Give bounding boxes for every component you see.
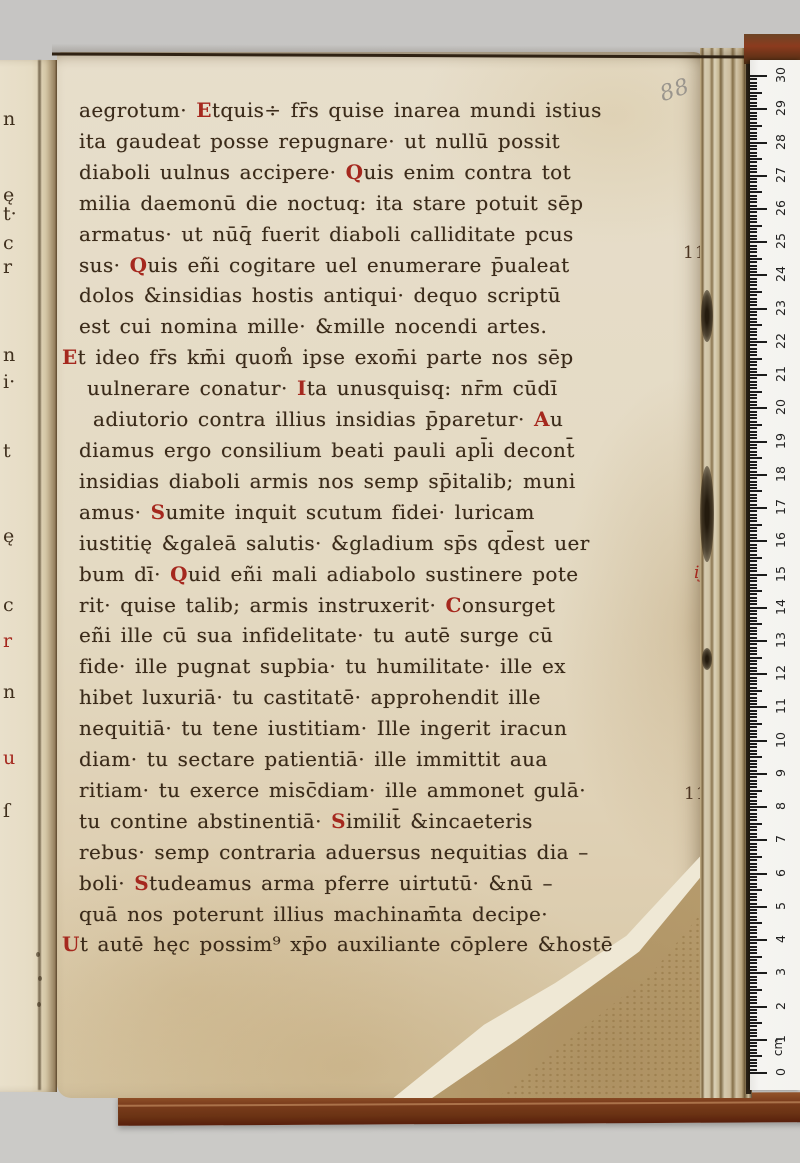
rubric-initial: E [196, 98, 212, 122]
ruler-mm-tick [750, 1055, 762, 1057]
text-segment: onsurget [462, 593, 556, 617]
ruler-mm-tick [750, 1009, 757, 1011]
ruler-mm-tick [750, 660, 757, 662]
ruler-number: 14 [772, 595, 788, 619]
ruler-number: 28 [772, 130, 788, 154]
ruler-mm-tick [750, 434, 757, 436]
facing-line-fragment: u [3, 747, 15, 769]
ruler-mm-tick [750, 786, 757, 788]
ruler-mm-tick [750, 221, 757, 223]
ruler-mm-tick [750, 929, 757, 931]
ruler-number: 24 [772, 262, 788, 286]
gutter-shadow [38, 60, 41, 1090]
ruler-mm-tick [750, 620, 757, 622]
ruler-mm-tick [750, 946, 757, 948]
ruler-mm-tick [750, 1035, 757, 1037]
ruler-mm-tick [750, 138, 757, 140]
text-line: amus· Sumite inquit scutum fidei· lurica… [79, 497, 654, 528]
text-line: nequitiā· tu tene iustitiam· Ille ingeri… [79, 713, 654, 744]
text-segment: milia daemonū die noctuq: ita stare potu… [79, 191, 584, 215]
ruler-number: 15 [772, 562, 788, 586]
ruler-mm-tick [750, 1069, 757, 1071]
ruler-mm-tick [750, 411, 757, 413]
ruler-mm-tick [750, 477, 757, 479]
ruler-mm-tick [750, 942, 757, 944]
ruler-mm-tick [750, 743, 757, 745]
ruler-mm-tick [750, 753, 757, 755]
ruler-mm-tick [750, 992, 757, 994]
ruler-mm-tick [750, 813, 757, 815]
ruler-cm-tick [750, 507, 767, 509]
ruler-mm-tick [750, 966, 757, 968]
ruler-mm-tick [750, 228, 757, 230]
ruler-number: 23 [772, 296, 788, 320]
ruler-mm-tick [750, 231, 757, 233]
text-segment: ta unusquisq: nr̄m cūdī [307, 376, 558, 400]
ruler-mm-tick [750, 869, 757, 871]
ruler-mm-tick [750, 547, 757, 549]
ruler-mm-tick [750, 444, 757, 446]
text-segment: uis enim contra tot [363, 160, 571, 184]
ruler-mm-tick [750, 730, 757, 732]
text-segment: quā nos poterunt illius machinam̄ta deci… [79, 902, 548, 926]
ruler-mm-tick [750, 1022, 762, 1024]
ruler-mm-tick [750, 766, 757, 768]
ruler-cm-tick [750, 1006, 767, 1008]
ruler-mm-tick [750, 763, 757, 765]
ruler-mm-tick [750, 112, 757, 114]
ruler-cm-tick [750, 939, 767, 941]
ruler-number: 18 [772, 462, 788, 486]
ruler-mm-tick [750, 630, 757, 632]
ruler-mm-tick [750, 255, 757, 257]
facing-line-fragment: n [3, 344, 15, 366]
rubric-initial: I [297, 376, 307, 400]
rubric-initial: Q [170, 562, 188, 586]
ruler-mm-tick [750, 457, 762, 459]
ruler-mm-tick [750, 135, 757, 137]
ruler-mm-tick [750, 205, 757, 207]
ruler-mm-tick [750, 98, 757, 100]
ruler-mm-tick [750, 424, 762, 426]
ruler-mm-tick [750, 726, 757, 728]
ruler-mm-tick [750, 823, 762, 825]
ruler-mm-tick [750, 979, 757, 981]
text-segment: imilit̄ &incaeteris [346, 809, 533, 833]
ruler-number: 5 [772, 894, 788, 918]
ruler-mm-tick [750, 893, 757, 895]
text-segment: uis eñi cogitare uel enumerare p̄ualeat [147, 253, 569, 277]
ruler-number: 20 [772, 395, 788, 419]
text-segment: umite inquit scutum fidei· luricam [166, 500, 535, 524]
ruler-mm-tick [750, 683, 757, 685]
ruler-mm-tick [750, 514, 757, 516]
ruler-mm-tick [750, 215, 757, 217]
facing-line-fragment: c [3, 232, 14, 254]
ruler-cm-tick [750, 274, 767, 276]
ruler-mm-tick [750, 819, 757, 821]
ruler-mm-tick [750, 746, 757, 748]
ruler-mm-tick [750, 949, 757, 951]
ruler-mm-tick [750, 368, 757, 370]
text-segment: eñi ille cū sua infidelitate· tu autē su… [79, 623, 553, 647]
ruler-mm-tick [750, 926, 757, 928]
text-segment: est cui nomina mille· &mille nocendi art… [79, 314, 547, 338]
ruler-number: 27 [772, 163, 788, 187]
ruler-mm-tick [750, 394, 757, 396]
ruler-mm-tick [750, 600, 757, 602]
text-segment: hibet luxuriā· tu castitatē· approhendit… [79, 685, 541, 709]
text-line: armatus· ut nūq̄ fuerit diaboli callidit… [79, 219, 654, 250]
text-line: Et ideo fr̄s km̄i quom̊ ipse exom̄i part… [62, 342, 654, 373]
ruler-cm-tick [750, 540, 767, 542]
sewing-hole [36, 952, 40, 957]
ruler-mm-tick [750, 580, 757, 582]
ruler-mm-tick [750, 796, 757, 798]
ruler-mm-tick [750, 760, 757, 762]
text-segment: armatus· ut nūq̄ fuerit diaboli callidit… [79, 222, 574, 246]
ruler-mm-tick [750, 78, 757, 80]
text-segment: uulnerare conatur· [87, 376, 297, 400]
ruler-mm-tick [750, 703, 757, 705]
ruler-mm-tick [750, 952, 757, 954]
ruler-mm-tick [750, 490, 762, 492]
ruler-mm-tick [750, 235, 757, 237]
ruler-mm-tick [750, 567, 757, 569]
ruler-mm-tick [750, 776, 757, 778]
ruler-mm-tick [750, 132, 757, 134]
ruler-mm-tick [750, 334, 757, 336]
ruler-mm-tick [750, 414, 757, 416]
ruler-mm-tick [750, 667, 757, 669]
ruler-mm-tick [750, 122, 757, 124]
ruler-mm-tick [750, 431, 757, 433]
ruler-cm-tick [750, 740, 767, 742]
ruler-mm-tick [750, 95, 757, 97]
facing-line-fragment: r [3, 256, 12, 278]
facing-line-fragment: n [3, 108, 15, 130]
ruler-mm-tick [750, 962, 757, 964]
text-segment: nequitiā· tu tene iustitiam· Ille ingeri… [79, 716, 567, 740]
rubric-initial: Q [130, 253, 148, 277]
ruler-mm-tick [750, 168, 757, 170]
text-line: Ut autē hęc possim⁹ xp̄o auxiliante cōpl… [62, 929, 654, 960]
ruler-mm-tick [750, 756, 762, 758]
text-line: aegrotum· Etquis÷ fr̄s quise inarea mund… [79, 95, 654, 126]
ruler-mm-tick [750, 836, 757, 838]
ruler-mm-tick [750, 826, 757, 828]
ruler-cm-tick [750, 407, 767, 409]
ruler-number: 0 [772, 1060, 788, 1084]
ruler-mm-tick [750, 859, 757, 861]
ruler-mm-tick [750, 982, 757, 984]
fore-edge-stain [701, 290, 713, 342]
facing-line-fragment: r [3, 630, 12, 652]
ruler-mm-tick [750, 716, 757, 718]
text-segment: aegrotum· [79, 98, 196, 122]
ruler-mm-tick [750, 843, 757, 845]
ruler-mm-tick [750, 500, 757, 502]
ruler-mm-tick [750, 294, 757, 296]
ruler-number: 3 [772, 960, 788, 984]
ruler-mm-tick [750, 427, 757, 429]
ruler-cm-tick [750, 208, 767, 210]
ruler-mm-tick [750, 883, 757, 885]
ruler-mm-tick [750, 251, 757, 253]
ruler-mm-tick [750, 288, 757, 290]
ruler-mm-tick [750, 125, 762, 127]
ruler-mm-tick [750, 387, 757, 389]
ruler-mm-tick [750, 92, 762, 94]
ruler-mm-tick [750, 896, 757, 898]
ruler-mm-tick [750, 371, 757, 373]
ruler-mm-tick [750, 790, 762, 792]
ruler-mm-tick [750, 504, 757, 506]
text-segment: t autē hęc possim⁹ xp̄o auxiliante cōple… [80, 932, 613, 956]
ruler-mm-tick [750, 510, 757, 512]
ruler-mm-tick [750, 201, 757, 203]
ruler-mm-tick [750, 587, 757, 589]
ruler-cm-tick [750, 607, 767, 609]
measuring-ruler: cm 0123456789101112131415161718192021222… [750, 60, 800, 1090]
rubric-initial: Q [346, 160, 364, 184]
ruler-mm-tick [750, 268, 757, 270]
ruler-mm-tick [750, 225, 762, 227]
text-segment: tquis÷ fr̄s quise inarea mundi istius [212, 98, 602, 122]
ruler-mm-tick [750, 471, 757, 473]
ruler-mm-tick [750, 557, 762, 559]
ruler-cm-tick [750, 706, 767, 708]
ruler-number: 2 [772, 994, 788, 1018]
text-segment: iustitię &galeā salutis· &gladium sp̄s q… [79, 531, 590, 555]
ruler-mm-tick [750, 597, 757, 599]
ruler-number: 10 [772, 728, 788, 752]
ruler-mm-tick [750, 464, 757, 466]
ruler-mm-tick [750, 889, 762, 891]
ruler-mm-tick [750, 593, 757, 595]
ruler-cm-tick [750, 673, 767, 675]
ruler-mm-tick [750, 404, 757, 406]
ruler-mm-tick [750, 364, 757, 366]
text-segment: diam· tu sectare patientiā· ille immitti… [79, 747, 548, 771]
text-segment: rit· quise talib; armis instruxerit· [79, 593, 446, 617]
ruler-cm-tick [750, 441, 767, 443]
ruler-mm-tick [750, 770, 757, 772]
ruler-mm-tick [750, 670, 757, 672]
ruler-mm-tick [750, 1049, 757, 1051]
ruler-mm-tick [750, 102, 757, 104]
ruler-mm-tick [750, 1045, 757, 1047]
text-line: boli· Studeamus arma pferre uirtutū· &nū… [79, 868, 654, 899]
ruler-mm-tick [750, 720, 757, 722]
ruler-mm-tick [750, 613, 757, 615]
ruler-mm-tick [750, 989, 762, 991]
ruler-mm-tick [750, 650, 757, 652]
ruler-mm-tick [750, 331, 757, 333]
ruler-mm-tick [750, 697, 757, 699]
manuscript-photograph: nęt·crni·tęcrnuſ aegrotum· Etquis÷ fr̄s … [0, 0, 800, 1163]
text-line: insidias diaboli armis nos semp sp̄itali… [79, 466, 654, 497]
facing-line-fragment: t· [3, 203, 17, 225]
ruler-mm-tick [750, 876, 757, 878]
ruler-number: 1 [772, 1027, 788, 1051]
ruler-mm-tick [750, 377, 757, 379]
text-segment: sus· [79, 253, 130, 277]
text-segment: rebus· semp contraria aduersus nequitias… [79, 840, 589, 864]
ruler-mm-tick [750, 713, 757, 715]
text-segment: ita gaudeat posse repugnare· ut nullū po… [79, 129, 560, 153]
ruler-mm-tick [750, 903, 757, 905]
ruler-mm-tick [750, 281, 757, 283]
ruler-mm-tick [750, 736, 757, 738]
ruler-cm-tick [750, 640, 767, 642]
ruler-mm-tick [750, 384, 757, 386]
ruler-mm-tick [750, 550, 757, 552]
ruler-cm-tick [750, 175, 767, 177]
ruler-mm-tick [750, 570, 757, 572]
ruler-mm-tick [750, 969, 757, 971]
text-segment: tu contine abstinentiā· [79, 809, 331, 833]
ruler-mm-tick [750, 148, 757, 150]
ruler-number: 17 [772, 495, 788, 519]
ruler-mm-tick [750, 710, 757, 712]
ruler-mm-tick [750, 603, 757, 605]
ruler-number: 21 [772, 362, 788, 386]
ruler-mm-tick [750, 118, 757, 120]
ruler-mm-tick [750, 584, 757, 586]
text-segment: boli· [79, 871, 134, 895]
ruler-mm-tick [750, 633, 757, 635]
ruler-mm-tick [750, 809, 757, 811]
ruler-mm-tick [750, 171, 757, 173]
ruler-number: 6 [772, 861, 788, 885]
ruler-mm-tick [750, 909, 757, 911]
ruler-mm-tick [750, 497, 757, 499]
ruler-mm-tick [750, 461, 757, 463]
manuscript-text: aegrotum· Etquis÷ fr̄s quise inarea mund… [79, 95, 654, 960]
ruler-number: 16 [772, 528, 788, 552]
text-line: dolos &insidias hostis antiqui· dequo sc… [79, 280, 654, 311]
ruler-mm-tick [750, 554, 757, 556]
ruler-mm-tick [750, 354, 757, 356]
ruler-mm-tick [750, 534, 757, 536]
text-line: tu contine abstinentiā· Similit̄ &incaet… [79, 806, 654, 837]
text-segment: diaboli uulnus accipere· [79, 160, 346, 184]
ruler-number: 12 [772, 661, 788, 685]
rubric-initial: A [534, 407, 550, 431]
ruler-mm-tick [750, 849, 757, 851]
ruler-mm-tick [750, 537, 757, 539]
ruler-mm-tick [750, 185, 757, 187]
text-line: milia daemonū die noctuq: ita stare potu… [79, 188, 654, 219]
text-segment: amus· [79, 500, 151, 524]
text-line: diaboli uulnus accipere· Quis enim contr… [79, 157, 654, 188]
ruler-cm-tick [750, 75, 767, 77]
ruler-mm-tick [750, 527, 757, 529]
text-line: iustitię &galeā salutis· &gladium sp̄s q… [79, 528, 654, 559]
ruler-mm-tick [750, 687, 757, 689]
text-line: rebus· semp contraria aduersus nequitias… [79, 837, 654, 868]
ruler-mm-tick [750, 397, 757, 399]
ruler-mm-tick [750, 524, 762, 526]
ruler-cm-tick [750, 108, 767, 110]
ruler-mm-tick [750, 959, 757, 961]
ruler-mm-tick [750, 932, 757, 934]
ruler-mm-tick [750, 723, 762, 725]
text-segment: tudeamus arma pferre uirtutū· &nū – [149, 871, 553, 895]
ruler-mm-tick [750, 833, 757, 835]
ruler-mm-tick [750, 1025, 757, 1027]
ruler-mm-tick [750, 690, 762, 692]
text-segment: bum dī· [79, 562, 170, 586]
ruler-mm-tick [750, 623, 762, 625]
ruler-mm-tick [750, 494, 757, 496]
ruler-mm-tick [750, 564, 757, 566]
ruler-mm-tick [750, 680, 757, 682]
ruler-mm-tick [750, 1032, 757, 1034]
facing-line-fragment: n [3, 681, 15, 703]
ruler-cm-tick [750, 906, 767, 908]
ruler-mm-tick [750, 1019, 757, 1021]
ruler-mm-tick [750, 211, 757, 213]
ruler-mm-tick [750, 318, 757, 320]
ruler-mm-tick [750, 421, 757, 423]
ruler-mm-tick [750, 344, 757, 346]
ruler-mm-tick [750, 324, 762, 326]
ruler-mm-tick [750, 517, 757, 519]
fore-edge-stain [700, 466, 714, 562]
ruler-cm-tick [750, 839, 767, 841]
ruler-mm-tick [750, 115, 757, 117]
ruler-number: 7 [772, 827, 788, 851]
ruler-cm-tick [750, 1039, 767, 1041]
text-line: eñi ille cū sua infidelitate· tu autē su… [79, 620, 654, 651]
ruler-cm-tick [750, 972, 767, 974]
ruler-mm-tick [750, 803, 757, 805]
text-line: bum dī· Quid eñi mali adiabolo sustinere… [79, 559, 654, 590]
text-line: fide· ille pugnat supbia· tu humilitate·… [79, 651, 654, 682]
ruler-mm-tick [750, 321, 757, 323]
ruler-mm-tick [750, 879, 757, 881]
ruler-mm-tick [750, 311, 757, 313]
ruler-mm-tick [750, 530, 757, 532]
ruler-mm-tick [750, 986, 757, 988]
text-line: est cui nomina mille· &mille nocendi art… [79, 311, 654, 342]
ruler-mm-tick [750, 105, 757, 107]
text-line: sus· Quis eñi cogitare uel enumerare p̄u… [79, 250, 654, 281]
ruler-mm-tick [750, 780, 757, 782]
ruler-mm-tick [750, 922, 762, 924]
ruler-cm-tick [750, 574, 767, 576]
ruler-mm-tick [750, 348, 757, 350]
ruler-mm-tick [750, 1012, 757, 1014]
text-segment: adiutorio contra illius insidias p̄paret… [93, 407, 534, 431]
ruler-mm-tick [750, 647, 757, 649]
ruler-mm-tick [750, 88, 757, 90]
ruler-mm-tick [750, 1029, 757, 1031]
ruler-number: 9 [772, 761, 788, 785]
ruler-mm-tick [750, 863, 757, 865]
ruler-mm-tick [750, 155, 757, 157]
ruler-mm-tick [750, 128, 757, 130]
ruler-cm-tick [750, 773, 767, 775]
fore-edge-stain [702, 648, 712, 670]
binding-highlight [118, 1101, 800, 1107]
ruler-mm-tick [750, 912, 757, 914]
ruler-mm-tick [750, 304, 757, 306]
ruler-mm-tick [750, 856, 762, 858]
ruler-mm-tick [750, 181, 757, 183]
